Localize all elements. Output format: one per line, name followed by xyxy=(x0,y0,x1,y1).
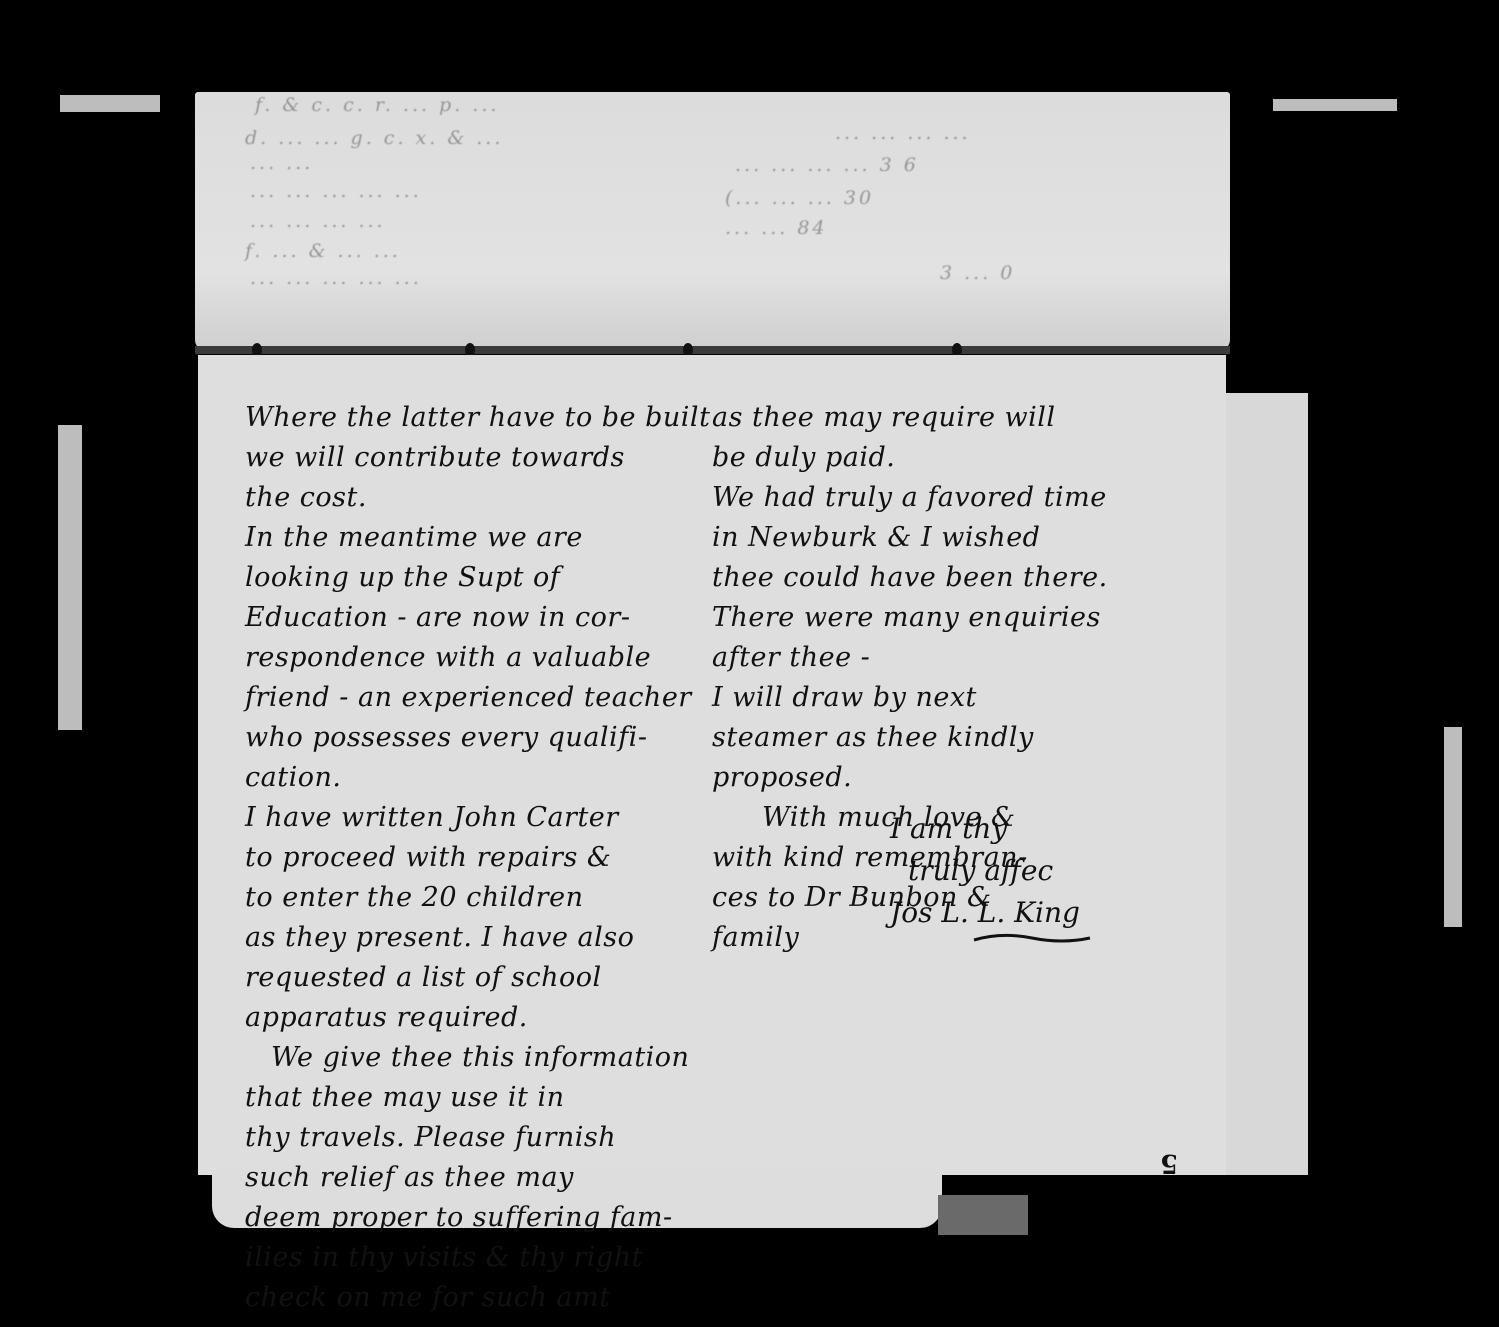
letter-line: as thee may require will xyxy=(712,398,1108,438)
signature-block: I am thy truly affec Jos L. L. King xyxy=(890,808,1080,934)
letter-line: I will draw by next xyxy=(712,678,1108,718)
letter-line: apparatus required. xyxy=(245,998,710,1038)
closing-line: truly affec xyxy=(890,850,1080,892)
letter-line: I have written John Carter xyxy=(245,798,710,838)
bleed-line: ... ... ... ... ... xyxy=(250,267,422,289)
letter-line: to proceed with repairs & xyxy=(245,838,710,878)
letter-line: respondence with a valuable xyxy=(245,638,710,678)
letter-line: requested a list of school xyxy=(245,958,710,998)
bleed-line: (... ... ... 30 xyxy=(725,187,874,209)
letter-line: Where the latter have to be built xyxy=(245,398,710,438)
film-strip-left xyxy=(58,425,82,730)
letter-line: that thee may use it in xyxy=(245,1078,710,1118)
back-sheet-edge xyxy=(1218,393,1308,1175)
letter-line: Education - are now in cor- xyxy=(245,598,710,638)
bleed-line: 3 ... 0 xyxy=(940,262,1015,284)
page-number: 5 xyxy=(1160,1148,1178,1178)
letter-line: looking up the Supt of xyxy=(245,558,710,598)
letter-line: There were many enquiries xyxy=(712,598,1108,638)
binding-spine xyxy=(195,346,1230,354)
letter-line: as they present. I have also xyxy=(245,918,710,958)
letter-line: deem proper to suffering fam- xyxy=(245,1198,710,1238)
letter-line: such relief as thee may xyxy=(245,1158,710,1198)
letter-line: proposed. xyxy=(712,758,1108,798)
bleed-line: ... ... ... ... ... xyxy=(250,180,422,202)
letter-left-column: Where the latter have to be built we wil… xyxy=(245,398,710,1318)
letter-line: the cost. xyxy=(245,478,710,518)
letter-line: we will contribute towards xyxy=(245,438,710,478)
bleed-line: ... ... 84 xyxy=(725,217,828,239)
archive-label-stub xyxy=(938,1195,1028,1235)
letter-line: who possesses every qualifi- xyxy=(245,718,710,758)
letter-line: be duly paid. xyxy=(712,438,1108,478)
letter-line: In the meantime we are xyxy=(245,518,710,558)
bleed-line: f. ... & ... ... xyxy=(245,240,401,262)
letter-line: friend - an experienced teacher xyxy=(245,678,710,718)
letter-line: steamer as thee kindly xyxy=(712,718,1108,758)
bleed-line: f. & c. c. r. ... p. ... xyxy=(255,94,499,116)
letter-line: thee could have been there. xyxy=(712,558,1108,598)
letter-line: thy travels. Please furnish xyxy=(245,1118,710,1158)
bleed-line: ... ... ... ... 3 6 xyxy=(735,154,919,176)
letter-line: We give thee this information xyxy=(245,1038,710,1078)
letter-line: to enter the 20 children xyxy=(245,878,710,918)
bleed-line: ... ... xyxy=(250,152,313,174)
letter-line: after thee - xyxy=(712,638,1108,678)
upper-page-bleed-through: f. & c. c. r. ... p. ... d. ... ... g. c… xyxy=(195,92,1230,350)
film-strip-right xyxy=(1444,727,1462,927)
film-strip-top-left xyxy=(60,95,160,112)
letter-line: ilies in thy visits & thy right xyxy=(245,1238,710,1278)
bleed-line: ... ... ... ... xyxy=(250,210,386,232)
signature-flourish-icon xyxy=(972,932,1092,944)
film-strip-top-right xyxy=(1273,99,1397,111)
letter-line: We had truly a favored time xyxy=(712,478,1108,518)
letter-line: cation. xyxy=(245,758,710,798)
letter-line: in Newburk & I wished xyxy=(712,518,1108,558)
letter-line: check on me for such amt xyxy=(245,1278,710,1318)
signature-name: Jos L. L. King xyxy=(890,892,1080,934)
closing-line: I am thy xyxy=(890,808,1080,850)
bleed-line: ... ... ... ... xyxy=(835,122,971,144)
bleed-line: d. ... ... g. c. x. & ... xyxy=(245,127,503,149)
